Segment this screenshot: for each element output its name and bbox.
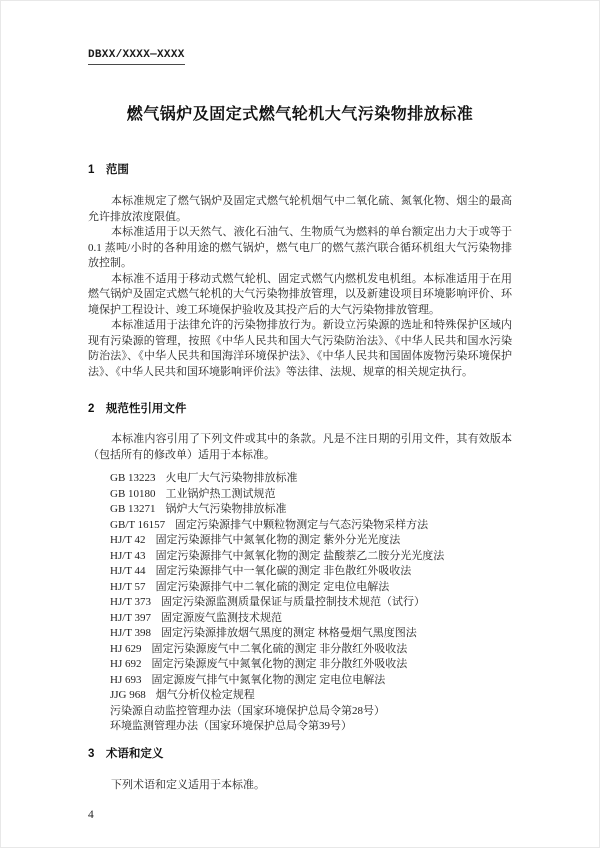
reference-item: HJ 693固定源废气排气中氮氧化物的测定 定电位电解法 — [88, 673, 512, 689]
document-header: DBXX/XXXX—XXXX — [88, 0, 512, 65]
section-heading-scope: 1 范围 — [88, 163, 512, 177]
reference-code: GB 13223 — [110, 472, 156, 484]
paragraph: 本标准不适用于移动式燃气轮机、固定式燃气内燃机发电机组。本标准适用于在用燃气锅炉… — [88, 272, 512, 319]
reference-title: 固定污染源废气中氮氧化物的测定 非分散红外吸收法 — [151, 658, 407, 670]
section-heading-references: 2 规范性引用文件 — [88, 402, 512, 416]
reference-code: GB 13271 — [110, 503, 156, 515]
reference-code: HJ/T 373 — [110, 596, 151, 608]
reference-item: HJ/T 57固定污染源排气中二氧化硫的测定 定电位电解法 — [88, 580, 512, 596]
reference-item: HJ 692固定污染源废气中氮氧化物的测定 非分散红外吸收法 — [88, 657, 512, 673]
reference-title: 环境监测管理办法（国家环境保护总局令第39号） — [110, 720, 352, 732]
reference-title: 固定污染源排放烟气黑度的测定 林格曼烟气黑度图法 — [161, 627, 417, 639]
section-references-body: 本标准内容引用了下列文件或其中的条款。凡是不注日期的引用文件，其有效版本（包括所… — [88, 432, 512, 735]
reference-title: 固定污染源排气中二氧化硫的测定 定电位电解法 — [156, 581, 390, 593]
reference-code: HJ 693 — [110, 674, 141, 686]
section-scope-body: 本标准规定了燃气锅炉及固定式燃气轮机烟气中二氧化硫、氮氧化物、烟尘的最高允许排放… — [88, 194, 512, 380]
reference-title: 工业锅炉热工测试规范 — [166, 488, 276, 500]
reference-item: HJ/T 397固定源废气监测技术规范 — [88, 611, 512, 627]
paragraph: 本标准规定了燃气锅炉及固定式燃气轮机烟气中二氧化硫、氮氧化物、烟尘的最高允许排放… — [88, 194, 512, 225]
reference-title: 固定污染源排气中氮氧化物的测定 盐酸萘乙二胺分光光度法 — [156, 550, 445, 562]
reference-code: GB 10180 — [110, 488, 156, 500]
reference-item: GB 10180工业锅炉热工测试规范 — [88, 487, 512, 503]
reference-item: JJG 968烟气分析仪检定规程 — [88, 688, 512, 704]
reference-code: HJ/T 57 — [110, 581, 146, 593]
reference-title: 固定污染源废气中二氧化硫的测定 非分散红外吸收法 — [151, 643, 407, 655]
reference-title: 烟气分析仪检定规程 — [156, 689, 255, 701]
reference-item: GB 13271锅炉大气污染物排放标准 — [88, 502, 512, 518]
reference-item: 污染源自动监控管理办法（国家环境保护总局令第28号） — [88, 704, 512, 720]
paragraph: 下列术语和定义适用于本标准。 — [88, 778, 512, 794]
paragraph: 本标准适用于法律允许的污染物排放行为。新设立污染源的选址和特殊保护区域内现有污染… — [88, 318, 512, 380]
reference-title: 固定污染源排气中氮氧化物的测定 紫外分光光度法 — [156, 534, 401, 546]
reference-code: HJ/T 397 — [110, 612, 151, 624]
reference-code: HJ/T 42 — [110, 534, 146, 546]
reference-code: JJG 968 — [110, 689, 146, 701]
reference-title: 固定污染源监测质量保证与质量控制技术规范（试行） — [161, 596, 425, 608]
page-number: 4 — [88, 808, 512, 822]
reference-title: 固定污染源排气中颗粒物测定与气态污染物采样方法 — [175, 519, 428, 531]
reference-title: 固定污染源排气中一氧化碳的测定 非色散红外吸收法 — [156, 565, 412, 577]
paragraph: 本标准适用于以天然气、液化石油气、生物质气为燃料的单台额定出力大于或等于 0.1… — [88, 225, 512, 272]
reference-item: HJ/T 44固定污染源排气中一氧化碳的测定 非色散红外吸收法 — [88, 564, 512, 580]
reference-code: HJ 629 — [110, 643, 141, 655]
reference-code: GB/T 16157 — [110, 519, 165, 531]
reference-item: HJ/T 398固定污染源排放烟气黑度的测定 林格曼烟气黑度图法 — [88, 626, 512, 642]
reference-item: 环境监测管理办法（国家环境保护总局令第39号） — [88, 719, 512, 735]
reference-title: 固定源废气排气中氮氧化物的测定 定电位电解法 — [151, 674, 385, 686]
reference-code: HJ 692 — [110, 658, 141, 670]
reference-list: GB 13223火电厂大气污染物排放标准 GB 10180工业锅炉热工测试规范 … — [88, 471, 512, 735]
reference-item: HJ/T 42固定污染源排气中氮氧化物的测定 紫外分光光度法 — [88, 533, 512, 549]
reference-item: GB 13223火电厂大气污染物排放标准 — [88, 471, 512, 487]
reference-title: 固定源废气监测技术规范 — [161, 612, 282, 624]
document-title: 燃气锅炉及固定式燃气轮机大气污染物排放标准 — [88, 105, 512, 125]
reference-code: HJ/T 398 — [110, 627, 151, 639]
standard-code: DBXX/XXXX—XXXX — [88, 49, 185, 65]
section-heading-terms: 3 术语和定义 — [88, 747, 512, 761]
reference-title: 火电厂大气污染物排放标准 — [166, 472, 298, 484]
section-terms-body: 下列术语和定义适用于本标准。 — [88, 778, 512, 794]
reference-title: 锅炉大气污染物排放标准 — [166, 503, 287, 515]
reference-code: HJ/T 43 — [110, 550, 146, 562]
reference-item: HJ/T 43固定污染源排气中氮氧化物的测定 盐酸萘乙二胺分光光度法 — [88, 549, 512, 565]
reference-item: GB/T 16157固定污染源排气中颗粒物测定与气态污染物采样方法 — [88, 518, 512, 534]
paragraph: 本标准内容引用了下列文件或其中的条款。凡是不注日期的引用文件，其有效版本（包括所… — [88, 432, 512, 463]
reference-title: 污染源自动监控管理办法（国家环境保护总局令第28号） — [110, 705, 385, 717]
reference-item: HJ/T 373固定污染源监测质量保证与质量控制技术规范（试行） — [88, 595, 512, 611]
reference-item: HJ 629固定污染源废气中二氧化硫的测定 非分散红外吸收法 — [88, 642, 512, 658]
reference-code: HJ/T 44 — [110, 565, 146, 577]
document-page: DBXX/XXXX—XXXX 燃气锅炉及固定式燃气轮机大气污染物排放标准 1 范… — [0, 0, 600, 848]
